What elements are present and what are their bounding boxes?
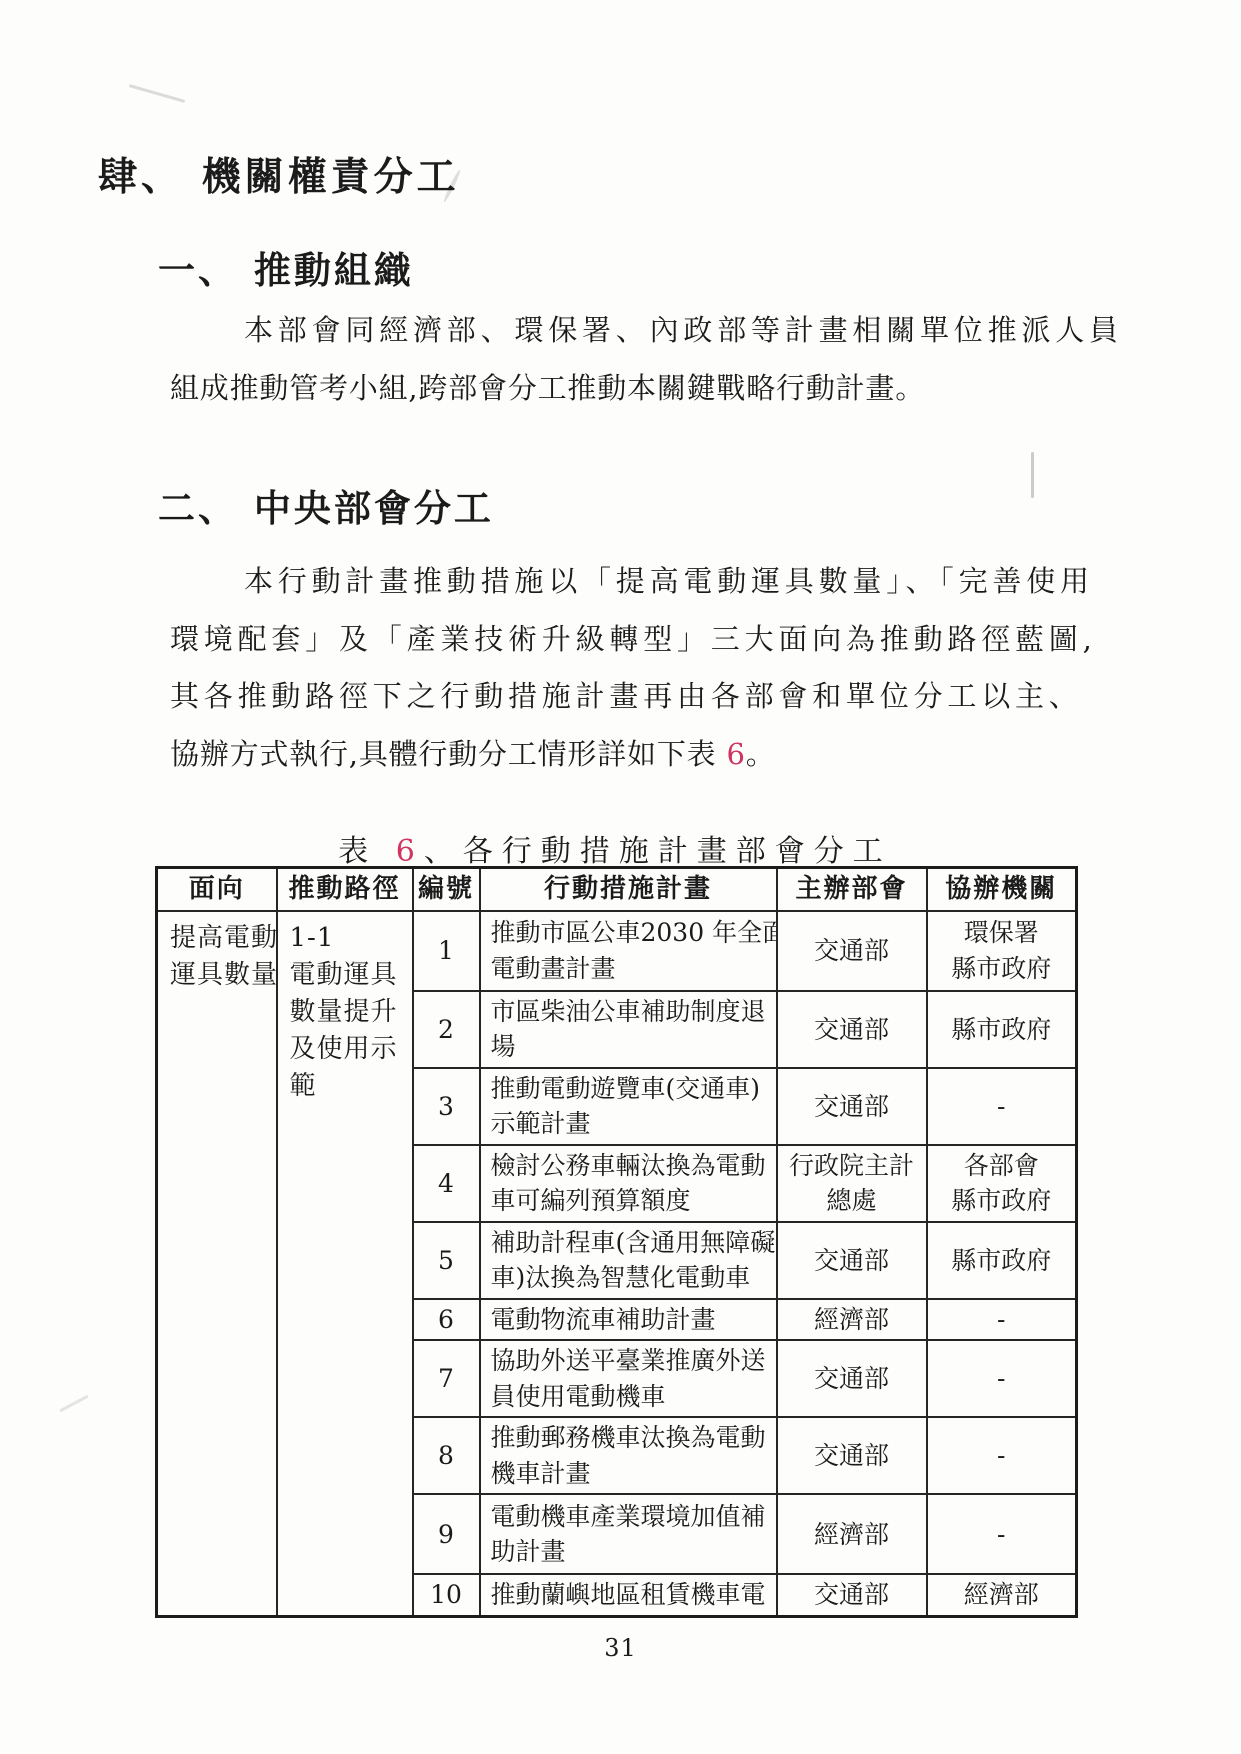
col-header-plan: 行動措施計畫 [480,868,777,911]
cell-lead: 交通部 [777,1574,927,1616]
table-caption-number: 6 [396,834,424,869]
table-caption: 表 6、各行動措施計畫部會分工 [155,826,1075,870]
cell-lead: 經濟部 [777,1494,927,1574]
cell-plan: 市區柴油公車補助制度退 場 [480,991,777,1068]
cell-lead: 交通部 [777,911,927,991]
scan-artifact [1031,452,1034,498]
cell-plan: 電動物流車補助計畫 [480,1299,777,1341]
cell-support: 縣市政府 [927,1222,1077,1299]
cell-lead: 交通部 [777,991,927,1068]
subsection-heading-central-ministries: 二、 中央部會分工 [158,478,494,532]
cell-lead: 交通部 [777,1222,927,1299]
cell-lead: 行政院主計 總處 [777,1145,927,1222]
cell-support: - [927,1494,1077,1574]
paragraph2-line2: 環境配套」及「產業技術升級轉型」三大面向為推動路徑藍圖, [170,619,1128,659]
col-header-lead: 主辦部會 [777,868,927,911]
cell-number: 10 [413,1574,480,1616]
cell-number: 3 [413,1068,480,1145]
table-header-row: 面向 推動路徑 編號 行動措施計畫 主辦部會 協辦機關 [157,868,1077,911]
cell-number: 7 [413,1340,480,1417]
cell-number: 1 [413,911,480,991]
paragraph2-line4: 協辦方式執行,具體行動分工情形詳如下表 6。 [170,734,1128,774]
cell-support: 環保署 縣市政府 [927,911,1077,991]
cell-number: 5 [413,1222,480,1299]
cell-number: 9 [413,1494,480,1574]
col-header-path: 推動路徑 [277,868,413,911]
cell-support: - [927,1417,1077,1494]
cell-lead: 交通部 [777,1417,927,1494]
cell-support: - [927,1299,1077,1341]
paragraph2-line1: 本行動計畫推動措施以「提高電動運具數量」、「完善使用 [170,561,1202,601]
cell-path: 1-1 電動運具 數量提升 及使用示 範 [277,911,413,1617]
paragraph1-line1: 本部會同經濟部、環保署、內政部等計畫相關單位推派人員 [170,310,1202,350]
cell-support: 經濟部 [927,1574,1077,1616]
cell-plan: 檢討公務車輛汰換為電動 車可編列預算額度 [480,1145,777,1222]
scan-artifact [59,1395,89,1413]
cell-lead: 交通部 [777,1340,927,1417]
cell-number: 2 [413,991,480,1068]
document-page: 肆、 機關權責分工 一、 推動組織 本部會同經濟部、環保署、內政部等計畫相關單位… [0,0,1241,1754]
table-caption-text: 、各行動措施計畫部會分工 [424,834,892,869]
col-header-aspect: 面向 [157,868,277,911]
col-header-number: 編號 [413,868,480,911]
cell-plan: 推動郵務機車汰換為電動 機車計畫 [480,1417,777,1494]
cell-support: - [927,1068,1077,1145]
cell-plan: 推動電動遊覽車(交通車) 示範計畫 [480,1068,777,1145]
cell-support: 縣市政府 [927,991,1077,1068]
subsection-heading-promotion-org: 一、 推動組織 [158,240,414,294]
cell-number: 4 [413,1145,480,1222]
cell-number: 8 [413,1417,480,1494]
cell-plan: 推動蘭嶼地區租賃機車電 [480,1574,777,1616]
scan-artifact [129,84,186,103]
cell-lead: 交通部 [777,1068,927,1145]
cell-plan: 補助計程車(含通用無障礙 車)汰換為智慧化電動車 [480,1222,777,1299]
cell-plan: 推動市區公車2030 年全面 電動畫計畫 [480,911,777,991]
cell-support: 各部會 縣市政府 [927,1145,1077,1222]
table-row: 提高電動 運具數量 1-1 電動運具 數量提升 及使用示 範 1 推動市區公車2… [157,911,1077,991]
cell-aspect: 提高電動 運具數量 [157,911,277,1617]
table-caption-prefix: 表 [338,834,396,869]
page-number: 31 [0,1634,1241,1662]
cell-plan: 電動機車產業環境加值補 助計畫 [480,1494,777,1574]
ministry-division-table: 面向 推動路徑 編號 行動措施計畫 主辦部會 協辦機關 提高電動 運具數量 1-… [155,866,1078,1618]
paragraph2-line3: 其各推動路徑下之行動措施計畫再由各部會和單位分工以主、 [170,676,1128,716]
cell-support: - [927,1340,1077,1417]
paragraph2-line4-text: 協辦方式執行,具體行動分工情形詳如下表 [170,737,726,771]
cell-lead: 經濟部 [777,1299,927,1341]
cell-plan: 協助外送平臺業推廣外送 員使用電動機車 [480,1340,777,1417]
table-reference-number: 6 [726,737,745,771]
col-header-support: 協辦機關 [927,868,1077,911]
paragraph2-line4-period: 。 [746,737,776,771]
section-heading-level1: 肆、 機關權責分工 [98,146,460,202]
paragraph1-line2: 組成推動管考小組,跨部會分工推動本關鍵戰略行動計畫。 [170,368,1128,408]
cell-number: 6 [413,1299,480,1341]
